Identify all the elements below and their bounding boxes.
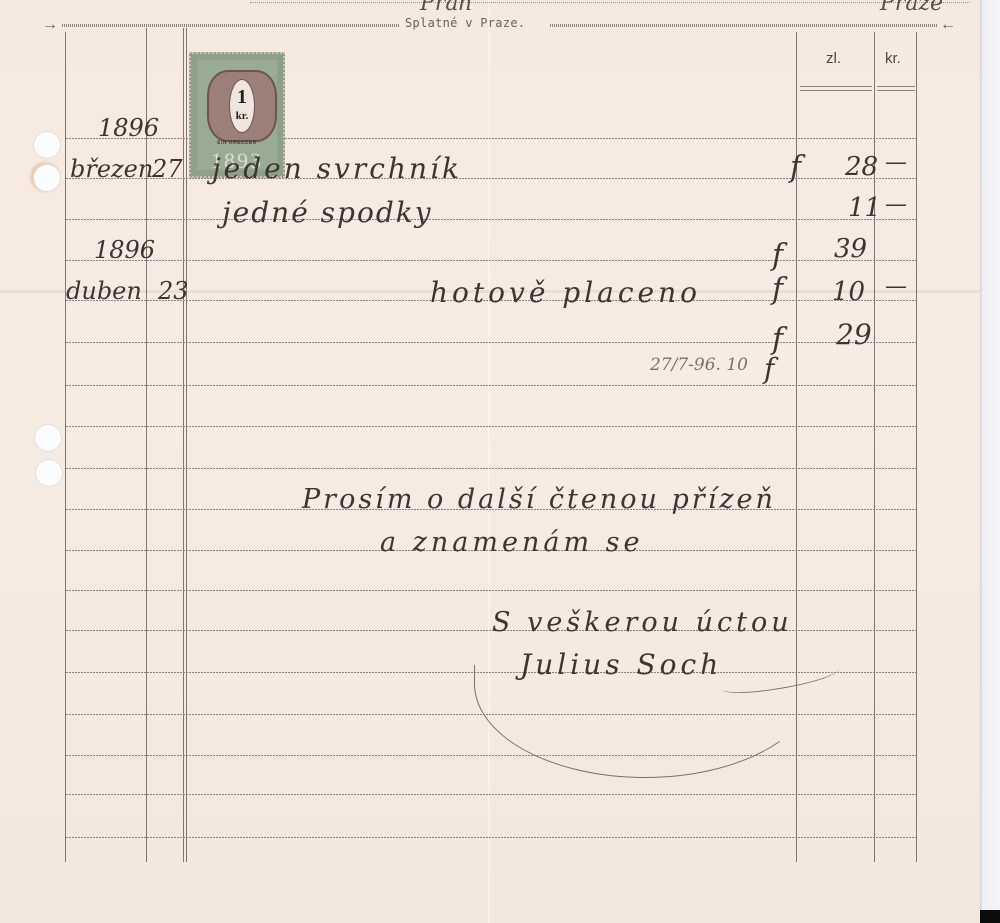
ledger-rule [66, 342, 916, 343]
ledger-vline-date-right [146, 28, 147, 862]
column-header-kr: kr. [885, 50, 901, 67]
column-header-zl: zl. [826, 50, 841, 67]
punch-hole [34, 165, 60, 191]
amount-kr: — [885, 192, 907, 217]
amount-zl: 28 [845, 152, 878, 182]
zl-header-double-rule [800, 86, 872, 91]
pencil-note-currency-mark: f [764, 352, 774, 385]
entry-day: 27 [152, 155, 183, 183]
ledger-rule [66, 837, 916, 838]
ledger-rule [66, 468, 916, 469]
stamp-medallion: 1 kr. [207, 70, 277, 142]
scanner-background-edge [980, 0, 1000, 923]
entry-month: duben [66, 277, 142, 305]
entry-description: jeden svrchník [212, 152, 462, 185]
pencil-payment-note: 27/7-96. 10 [650, 355, 748, 375]
top-partial-script-left: Prah [420, 0, 473, 16]
entry-day: 23 [158, 277, 189, 305]
dashed-rule-right [550, 24, 938, 27]
amount-zl: 10 [832, 277, 865, 307]
punch-hole [34, 132, 60, 158]
stamp-caption: EIN KREUZER [197, 140, 277, 146]
payable-label: Splatné v Praze. [405, 16, 525, 30]
entry-description: hotově placeno [430, 276, 701, 309]
arrow-left-icon: ← [940, 16, 956, 34]
ledger-rule [66, 590, 916, 591]
stamp-value: 1 [230, 86, 254, 109]
amount-kr: — [885, 150, 907, 175]
kr-header-double-rule [877, 86, 915, 91]
top-partial-script-right: Praze [880, 0, 943, 16]
entry-year: 1896 [94, 236, 155, 264]
currency-mark: f [790, 150, 801, 185]
amount-zl-subtotal: 39 [834, 234, 867, 264]
ledger-rule [66, 794, 916, 795]
ledger-rule [66, 178, 916, 179]
payable-in-prague-row: → Splatné v Praze. ← [40, 16, 960, 36]
ledger-vline-desc-left-a [183, 28, 184, 862]
closing-line-3: S veškerou úctou [492, 607, 793, 638]
ledger-rule [66, 260, 916, 261]
ledger-rule [66, 755, 916, 756]
arrow-right-icon: → [42, 16, 58, 34]
closing-line-1: Prosím o další čtenou přízeň [302, 484, 776, 515]
currency-mark: f [772, 238, 783, 273]
entry-description: jedné spodky [222, 196, 433, 229]
top-address-line: Prah Praze [250, 2, 970, 3]
ledger-vline-date-left [65, 32, 66, 862]
ledger-rule [66, 426, 916, 427]
entry-month: březen [70, 155, 153, 183]
ledger-rule [66, 219, 916, 220]
amount-kr: — [885, 274, 907, 299]
punch-hole [36, 460, 62, 486]
stamp-value-oval: 1 kr. [229, 79, 255, 133]
closing-line-2: a znamenám se [380, 527, 643, 558]
stamp-unit: kr. [230, 110, 254, 122]
amount-zl-balance: 29 [836, 318, 872, 351]
entry-year: 1896 [98, 114, 159, 142]
punch-hole [35, 425, 61, 451]
ledger-vline-kr-right [916, 32, 917, 862]
ledger-rule [66, 385, 916, 386]
scan-corner-shadow [980, 910, 1000, 923]
ledger-vline-desc-left-b [186, 28, 187, 862]
amount-zl: 11 [848, 193, 881, 223]
currency-mark: f [772, 272, 783, 307]
dashed-rule-left [62, 24, 400, 27]
